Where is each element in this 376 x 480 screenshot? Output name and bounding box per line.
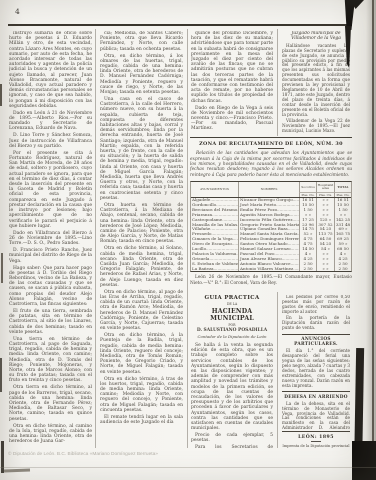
table-row: La BañezaAntonio Villares Martínez2 50» … (191, 267, 351, 272)
property-item: Otra en dicho término, al pago de las Er… (100, 290, 183, 332)
paper-stain (30, 330, 110, 420)
section-rule (282, 431, 350, 432)
section-opening: D. Lino Torre y Sánchez Somoza, Juez de … (9, 133, 92, 149)
column-subheader: Ptas. Cts. (334, 192, 351, 198)
text-column-3-top: quince del próximo Diciembre, y hora de … (191, 31, 273, 137)
table-caption: Relación de las cantidades que adeudan l… (190, 151, 352, 178)
anuncios-column: Los pedidos por correo 0,50 pesetas más … (282, 295, 350, 429)
dateline: Dado en Villafranca del Bierzo á 26 de N… (9, 231, 92, 247)
page-number: 4 (15, 7, 20, 16)
cell-hospitalidades: » » (316, 267, 334, 272)
section-rule (282, 391, 350, 392)
property-item: Otra en dicho término, al camino de la I… (9, 424, 92, 445)
ad-title: GUÍA PRÁCTICA (191, 295, 273, 301)
column-subheader: Ptas. Cts. (316, 192, 334, 198)
scan-artifact (352, 441, 376, 480)
classified-ad: El día 1.° del corriente desapareció del… (282, 349, 350, 388)
property-item: Otra en dicho término, á la Puenteja de … (100, 333, 183, 375)
juzgado-villademor-section: Juzgado municipal de Villademor de la Ve… (282, 31, 350, 139)
property-item: Otra en dicho término, á tras de los hue… (100, 377, 183, 413)
column-header: TOTAL (334, 182, 351, 192)
legal-notice-paragraph: Hallándose vacantes las plazas de Secret… (282, 44, 350, 118)
column-subheader: Ptas. Cts. (299, 192, 316, 198)
scan-speck (0, 358, 2, 392)
ad-subtitle: DE LA (191, 302, 273, 306)
column-divider (277, 292, 278, 448)
table-signature: León 26 de Noviembre de 1895.—El Comanda… (190, 275, 352, 285)
ad-author-role: Contador de la Diputación de León (191, 334, 273, 339)
cell-nombre: Antonio Villares Martínez (238, 267, 299, 272)
column-header: NOMBRES (238, 182, 299, 198)
scan-speck (1, 441, 4, 473)
scanned-bulletin-page: 4 instruyo sumaria de oficio sobre hurto… (0, 0, 376, 480)
ad-price: Precio de cada ejemplar, 5 pesetas. (191, 433, 273, 443)
scan-spine-line (372, 0, 374, 480)
ad-byline-label: POR (191, 323, 273, 327)
scan-speck (0, 84, 2, 106)
legal-notice-paragraph: instruyo sumaria de oficio sobre hurto d… (9, 31, 92, 109)
column-header: Socorros (299, 182, 316, 192)
ad-title: HACIENDA MUNICIPAL (191, 308, 273, 322)
section-heading: DEHESA EN ARRIENDO (282, 395, 350, 400)
section-heading: ANUNCIOS PARTICULARES. (282, 337, 350, 347)
dateline: Dado en León á 21 de Noviembre de 1895.—… (9, 111, 92, 132)
section-rule (282, 334, 350, 335)
ad-paragraph: En la portería de la Diputación darán ra… (282, 316, 350, 331)
cell-total: 2 50 (334, 267, 351, 272)
column-divider (277, 29, 278, 136)
imprint-city-year: LEÓN: 1895 (282, 435, 350, 440)
dateline: Villademor de la Vega 22 de Noviembre de… (282, 119, 350, 134)
legal-notice-paragraph: quince del próximo Diciembre, y hora de … (191, 31, 273, 104)
section-heading: ZONA DE RECLUTAMIENTO DE LEÓN, NÚM. 30 (190, 141, 352, 147)
property-item: Otra, en dicho término, á los olmares de… (100, 54, 183, 96)
dateline: Dado en Riego de la Vega á seis de Novie… (191, 106, 273, 132)
cell-ayuntamiento: La Bañeza (191, 267, 238, 272)
ad-paragraph: Se halla á la venta la segunda edición d… (191, 343, 273, 431)
column-header: Hospitalidades (316, 182, 334, 192)
legal-notice-paragraph: Por el presente se cita á Fortunato Rodr… (9, 151, 92, 229)
legal-notice-paragraph: El remate tendrá lugar en la sala audien… (100, 415, 183, 425)
heading-ornament (311, 441, 321, 442)
property-item: cía; Mediodía, de Santos Cabero; Ponient… (100, 31, 183, 52)
digitisation-credit: © Diputación de León. B.C. Biblioteca «M… (8, 452, 158, 457)
section-heading: Villademor de la Vega (282, 36, 350, 41)
scan-bed-edge (0, 467, 376, 468)
table-header: AYUNTAMIENTOS NOMBRES Socorros Hospitali… (191, 182, 351, 199)
classified-ad: La de la dehesa, sita en el término de M… (282, 402, 350, 429)
scan-edge-shadow (366, 0, 376, 480)
section-rule (190, 137, 352, 138)
scan-speck (1, 253, 3, 283)
ad-price: Para los Secretarios de Ayuntamientos de… (191, 445, 273, 448)
ad-paragraph: Los pedidos por correo 0,50 pesetas más … (282, 295, 350, 315)
heading-ornament (258, 148, 284, 149)
section-opening: D. Francisco Prieto Rancho, Juez municip… (9, 248, 92, 264)
header-rule (8, 24, 352, 26)
imprint: LEÓN: 1895 Imprenta de la Diputación pro… (282, 431, 350, 448)
debts-table: AYUNTAMIENTOS NOMBRES Socorros Hospitali… (190, 181, 352, 273)
legal-notice-paragraph: Hago saber: Que para hacer pago de peset… (9, 266, 92, 308)
imprint-printer: Imprenta de la Diputación provincial (282, 444, 350, 448)
property-item: Otra en dicho término, al Solano, cabida… (100, 246, 183, 288)
cell-socorros: 2 50 (299, 267, 316, 272)
paper-stain (118, 170, 208, 240)
guia-practica-ad: GUÍA PRÁCTICA DE LA HACIENDA MUNICIPAL P… (191, 295, 273, 448)
ad-author: D. SALUSTIANO POSADILLA (191, 328, 273, 333)
zona-reclutamiento-section: ZONA DE RECLUTAMIENTO DE LEÓN, NÚM. 30 R… (190, 137, 352, 286)
